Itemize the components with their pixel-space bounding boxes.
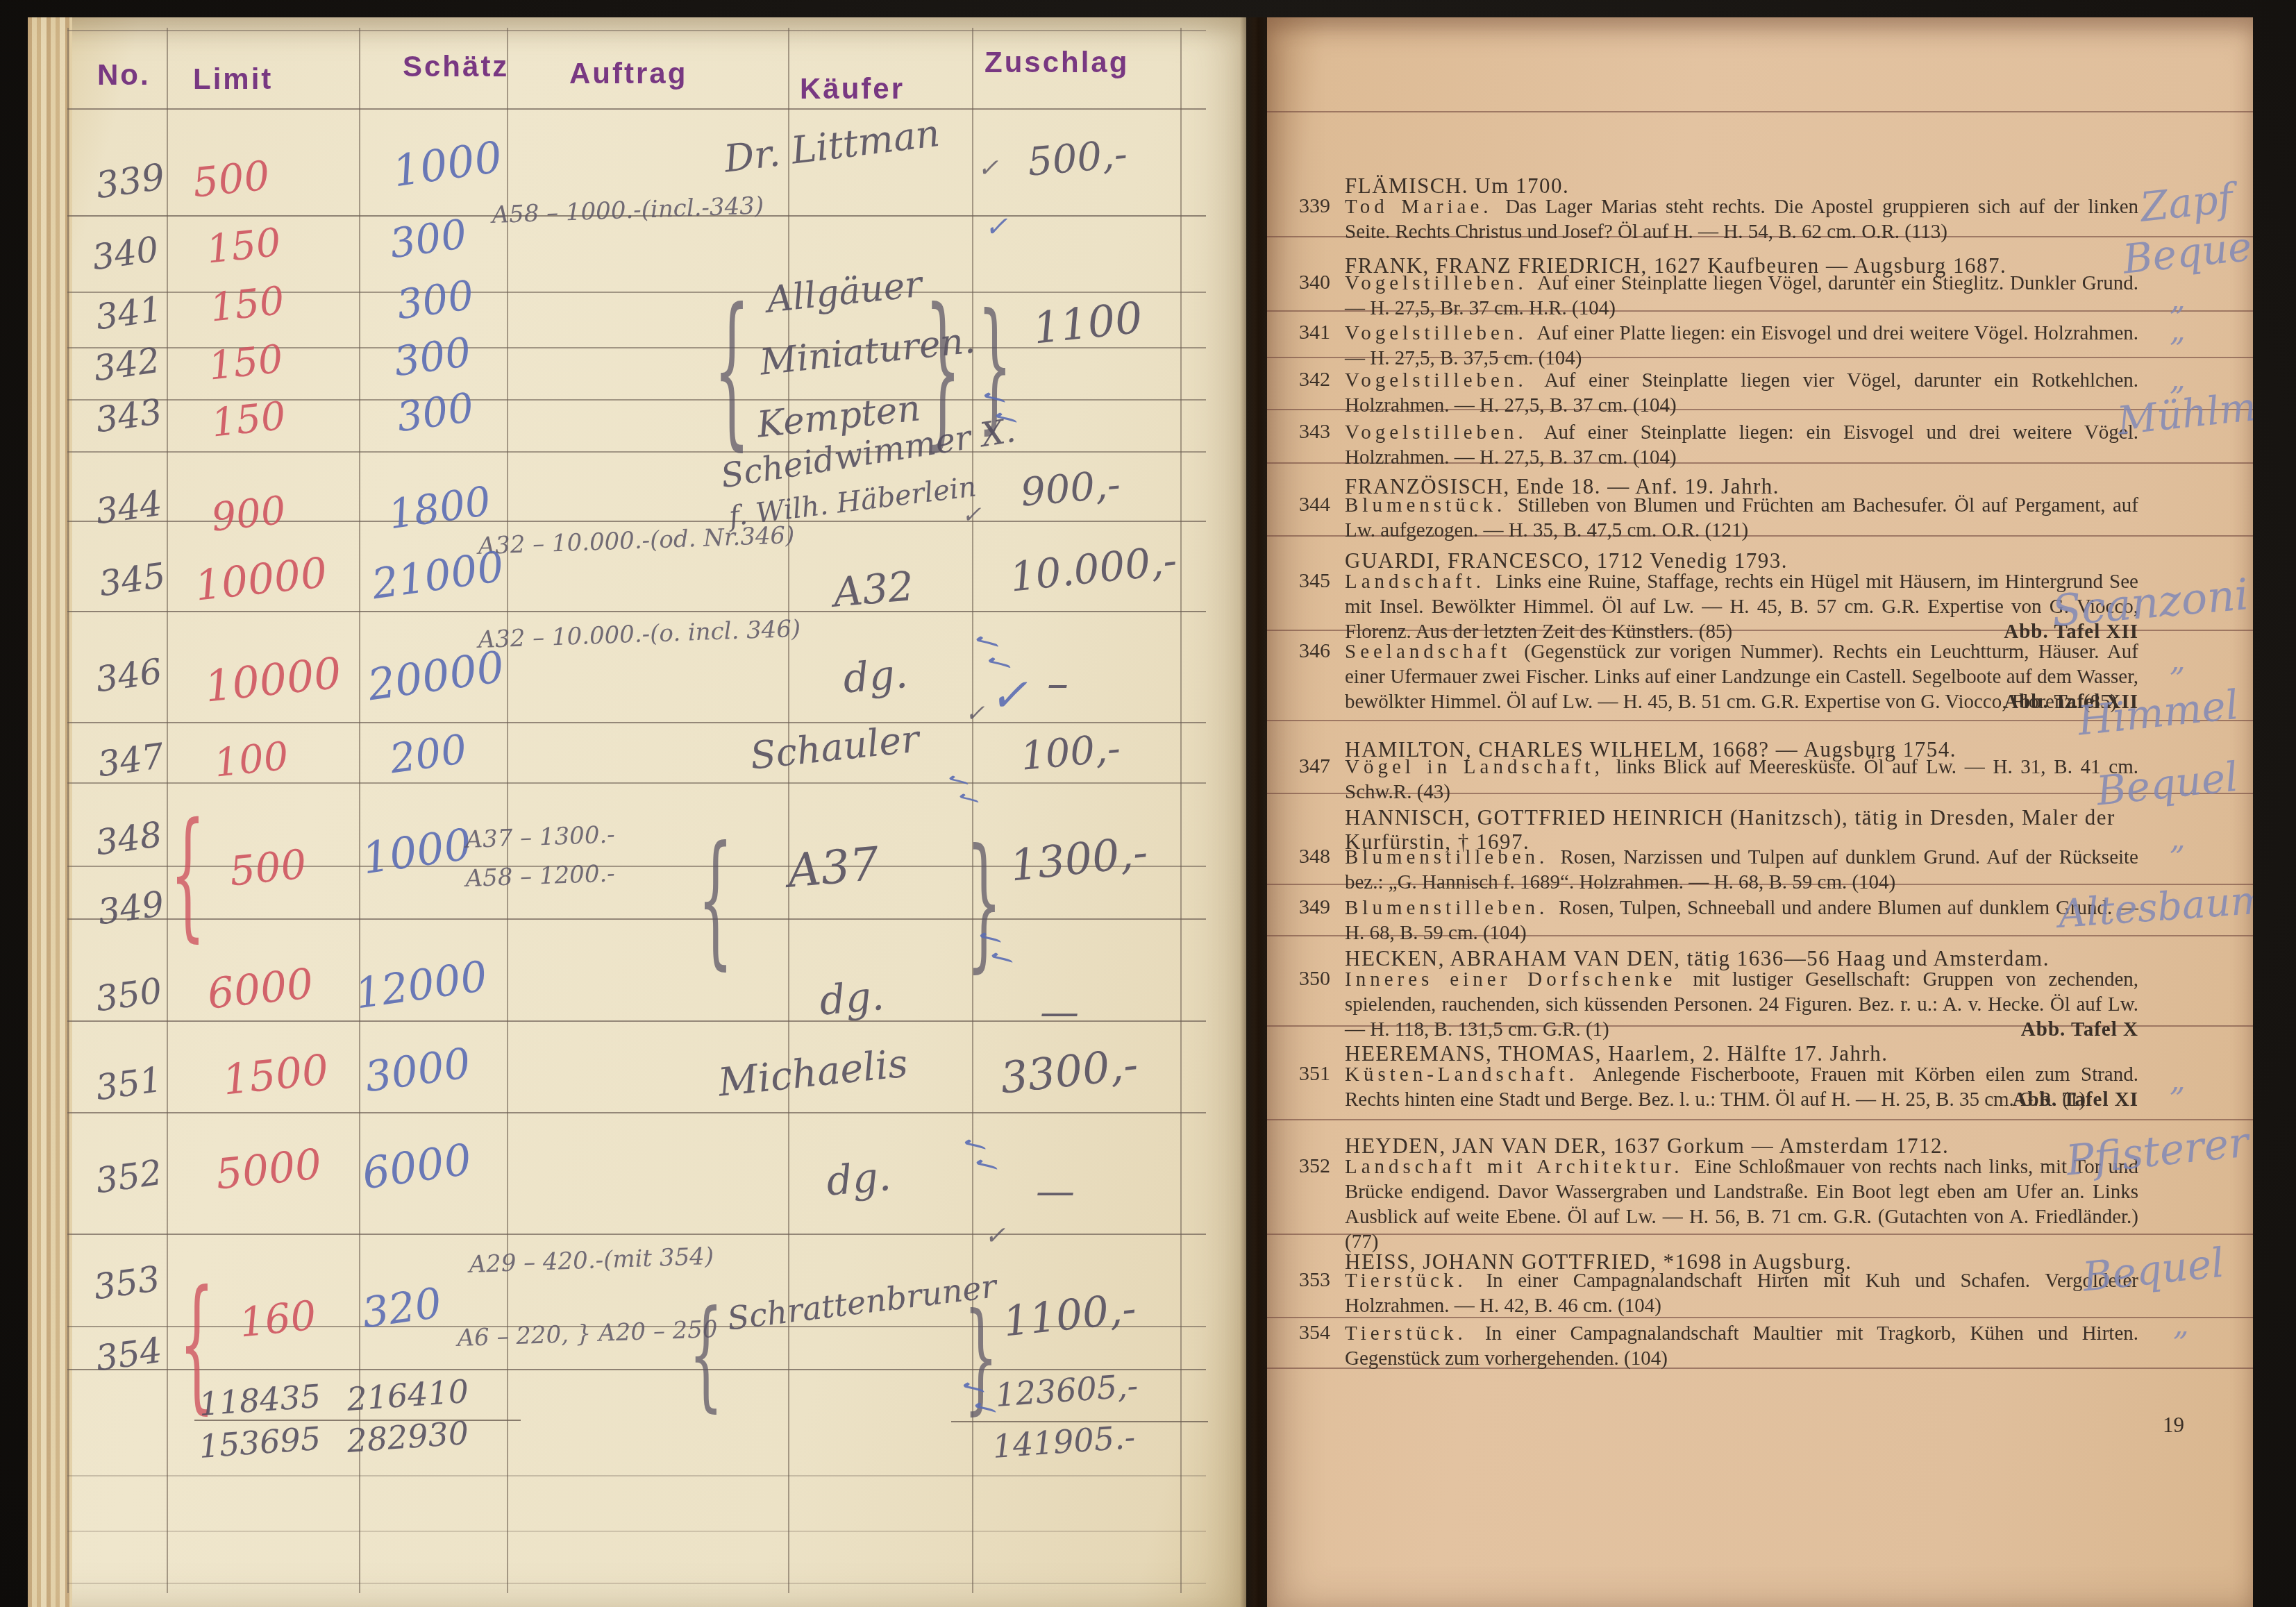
ledger-cell-grp340_brl: { bbox=[714, 289, 750, 455]
ledger-cell-grp353_auf2: A6 – 220, } A20 – 250 bbox=[457, 1318, 718, 1350]
ledger-cell-r339_auftrag: A58 – 1000.-(incl.-343) bbox=[492, 194, 764, 227]
row-line bbox=[67, 918, 1206, 920]
margin-note: Pfisterer bbox=[2064, 1121, 2250, 1181]
lot-title: Vogelstilleben. bbox=[1345, 369, 1544, 392]
ledger-cell-r351_no: 351 bbox=[94, 1062, 164, 1106]
ledger-cell-tot_schaetz_a: 216410 bbox=[346, 1375, 469, 1415]
lot-description: Blumenstück. Stilleben von Blumen und Fr… bbox=[1345, 493, 2138, 543]
ledger-cell-grp353_schaetz: 320 bbox=[360, 1282, 444, 1334]
ledger-cell-r339_schaetz: 1000 bbox=[390, 135, 505, 193]
column-header-kaeufer: Käufer bbox=[800, 74, 905, 103]
column-line bbox=[67, 28, 69, 1593]
ledger-cell-r347_chk: ✓✓ bbox=[940, 764, 982, 813]
lot-title: Inneres einer Dorfschenke bbox=[1345, 968, 1693, 991]
ledger-cell-grp353_zu: 1100,- bbox=[1001, 1288, 1138, 1343]
lot-entry-352: 352Landschaft mit Architektur. Eine Schl… bbox=[1267, 1154, 2138, 1254]
ledger-cell-r339_chk_b: ✓ bbox=[984, 213, 1008, 241]
ledger-cell-r350_schaetz: 12000 bbox=[353, 955, 489, 1015]
ledger-cell-r340_limit: 150 bbox=[205, 224, 283, 270]
lot-number: 350 bbox=[1299, 967, 1330, 991]
column-line bbox=[788, 28, 789, 1593]
ledger-cell-grp348_kbr: { bbox=[698, 828, 733, 973]
lot-number: 353 bbox=[1299, 1268, 1330, 1292]
ledger-cell-r346_schaetz: 20000 bbox=[365, 646, 507, 707]
ledger-cell-grp348_auf1: A37 – 1300.- bbox=[465, 823, 615, 851]
ledger-cell-r350_limit: 6000 bbox=[206, 963, 315, 1016]
lot-number: 340 bbox=[1299, 271, 1330, 294]
ledger-cell-grp353_kaeufer: Schrattenbruner bbox=[726, 1270, 998, 1334]
lot-number: 351 bbox=[1299, 1062, 1330, 1086]
lot-description: Tierstück. In einer Campagnalandschaft H… bbox=[1345, 1268, 2138, 1318]
ledger-cell-r350_no: 350 bbox=[94, 973, 164, 1017]
lot-number: 352 bbox=[1299, 1154, 1330, 1178]
ledger-cell-grp348_schaetz: 1000 bbox=[360, 823, 474, 880]
margin-note: „ bbox=[2170, 824, 2186, 855]
lot-entry-344: 344Blumenstück. Stilleben von Blumen und… bbox=[1267, 493, 2138, 543]
lot-entry-346: 346Seelandschaft (Gegenstück zur vorigen… bbox=[1267, 639, 2138, 714]
lot-title: Blumenstilleben. bbox=[1345, 846, 1560, 868]
ledger-cell-r342_limit: 150 bbox=[207, 340, 285, 387]
row-line bbox=[67, 451, 1206, 453]
ledger-cell-grp353_auf1: A29 – 420.-(mit 354) bbox=[469, 1245, 714, 1277]
ledger-cell-r345_auf: A32 – 10.000.-(od. Nr.346) bbox=[478, 523, 795, 558]
row-line bbox=[67, 1531, 1206, 1532]
ledger-cell-r347_zu: 100,- bbox=[1019, 729, 1122, 776]
lot-description: Vögel in Landschaft, links Blick auf Mee… bbox=[1345, 755, 2138, 805]
margin-note: „ bbox=[2170, 1066, 2186, 1096]
ledger-cell-grp340_zu: 1100 bbox=[1031, 296, 1144, 351]
ledger-cell-r351_kaeufer: Michaelis bbox=[717, 1044, 910, 1102]
lot-description: Vogelstilleben. Auf einer Steinplatte li… bbox=[1345, 368, 2138, 418]
lot-number: 344 bbox=[1299, 493, 1330, 516]
ledger-cell-r347_limit: 100 bbox=[212, 737, 290, 784]
plate-reference: Abb. Tafel XI bbox=[2013, 1087, 2138, 1112]
lot-title: Tierstück. bbox=[1345, 1322, 1485, 1345]
ledger-cell-r340_no: 340 bbox=[90, 232, 160, 276]
lot-description: Blumenstilleben. Rosen, Narzissen und Tu… bbox=[1345, 845, 2138, 895]
lot-title: Blumenstück. bbox=[1345, 494, 1518, 516]
lot-number: 349 bbox=[1299, 895, 1330, 919]
margin-note: „ bbox=[2170, 646, 2186, 676]
lot-number: 339 bbox=[1299, 194, 1330, 218]
lot-title: Tierstück. bbox=[1345, 1270, 1486, 1292]
ledger-cell-r339_kaeufer: Dr. Littman bbox=[722, 115, 941, 178]
ledger-cell-r351_schaetz: 3000 bbox=[362, 1043, 474, 1099]
ledger-cell-r348_no: 348 bbox=[94, 817, 164, 861]
margin-note: Bequel bbox=[2121, 225, 2253, 280]
column-line bbox=[167, 28, 168, 1593]
lot-entry-343: 343Vogelstilleben. Auf einer Steinplatte… bbox=[1267, 420, 2138, 470]
ledger-cell-r352_no: 352 bbox=[94, 1155, 164, 1199]
margin-note: „ bbox=[2170, 364, 2186, 395]
ledger-cell-r343_schaetz: 300 bbox=[394, 387, 476, 438]
ledger-cell-grp348_brace: { bbox=[170, 805, 206, 944]
ledger-cell-tot_schaetz_b: 282930 bbox=[346, 1417, 469, 1457]
ledger-cell-r344_zu: 900,- bbox=[1019, 465, 1122, 512]
ledger-cell-r350_zu: — bbox=[1040, 993, 1079, 1032]
ledger-cell-r347_kaeufer: Schauler bbox=[748, 720, 921, 775]
ledger-cell-r341_limit: 150 bbox=[208, 282, 286, 328]
lot-description: Landschaft mit Architektur. Eine Schloßm… bbox=[1345, 1154, 2138, 1254]
ledger-cell-r346_no: 346 bbox=[94, 654, 164, 698]
entry-rule bbox=[1267, 1119, 2253, 1120]
ledger-cell-grp340_k1: Allgäuer bbox=[765, 267, 923, 319]
lot-description: Tierstück. In einer Campagnalandschaft M… bbox=[1345, 1321, 2138, 1371]
ledger-cell-r340_schaetz: 300 bbox=[387, 214, 469, 264]
ledger-cell-r351_limit: 1500 bbox=[221, 1049, 330, 1102]
lot-entry-350: 350Inneres einer Dorfschenke mit lustige… bbox=[1267, 967, 2138, 1042]
ledger-cell-r343_no: 343 bbox=[94, 394, 164, 438]
ledger-left-page: No.LimitSchätzAuftragKäuferZuschlag33950… bbox=[28, 17, 1246, 1607]
catalog-right-page: FLÄMISCH. Um 1700.339Tod Mariae. Das Lag… bbox=[1267, 17, 2253, 1607]
lot-description: Vogelstilleben. Auf einer Steinplatte li… bbox=[1345, 420, 2138, 470]
lot-entry-345: 345Landschaft. Links eine Ruine, Staffag… bbox=[1267, 569, 2138, 644]
ledger-cell-r346_kaeufer: dg. bbox=[841, 653, 909, 699]
ledger-cell-grp348_auf2: A58 – 1200.- bbox=[465, 861, 615, 890]
lot-title: Seelandschaft bbox=[1345, 641, 1524, 663]
ledger-cell-r353_no: 353 bbox=[92, 1261, 162, 1305]
ledger-cell-r347_schaetz: 200 bbox=[387, 729, 469, 780]
row-line bbox=[67, 722, 1206, 723]
lot-description: Blumenstilleben. Rosen, Tulpen, Schneeba… bbox=[1345, 895, 2138, 945]
ledger-cell-r347_no: 347 bbox=[96, 739, 166, 782]
ledger-cell-r352_kaeufer: dg. bbox=[825, 1156, 892, 1202]
column-header-no: No. bbox=[97, 60, 151, 90]
column-line bbox=[507, 28, 508, 1593]
lot-entry-341: 341Vogelstilleben. Auf einer Platte lieg… bbox=[1267, 321, 2138, 371]
ledger-cell-r346_zu: – bbox=[1047, 662, 1069, 705]
plate-reference: Abb. Tafel X bbox=[2021, 1017, 2138, 1042]
ledger-cell-r344_schaetz: 1800 bbox=[386, 480, 493, 535]
lot-title: Vögel in Landschaft, bbox=[1345, 756, 1616, 778]
ledger-cell-r345_schaetz: 21000 bbox=[369, 546, 506, 605]
row-line bbox=[67, 30, 1206, 31]
row-line bbox=[67, 1583, 1206, 1584]
ledger-cell-r342_no: 342 bbox=[92, 343, 162, 387]
row-line bbox=[67, 1020, 1206, 1022]
ledger-cell-r341_no: 341 bbox=[94, 292, 164, 335]
lot-description: Vogelstilleben. Auf einer Platte liegen:… bbox=[1345, 321, 2138, 371]
row-line bbox=[67, 1369, 1206, 1370]
ledger-cell-tot_limit_a: 118435 bbox=[198, 1380, 321, 1420]
lot-title: Blumenstilleben. bbox=[1345, 897, 1559, 919]
column-header-zuschlag: Zuschlag bbox=[984, 48, 1129, 77]
lot-number: 341 bbox=[1299, 321, 1330, 344]
ledger-cell-r351_chk: ✓✓ bbox=[955, 1127, 1002, 1181]
ledger-cell-r346_chk_b: ✓ bbox=[989, 673, 1028, 718]
lot-entry-347: 347Vögel in Landschaft, links Blick auf … bbox=[1267, 755, 2138, 805]
column-line bbox=[1180, 28, 1182, 1593]
ledger-cell-r349_no: 349 bbox=[96, 886, 166, 930]
column-header-auftrag: Auftrag bbox=[569, 59, 687, 88]
lot-description: Inneres einer Dorfschenke mit lustiger G… bbox=[1345, 967, 2138, 1042]
lot-entry-340: 340Vogelstilleben. Auf einer Steinplatte… bbox=[1267, 271, 2138, 321]
ledger-cell-r346_chk_a: ✓ bbox=[965, 702, 985, 725]
ledger-cell-r352_chk: ✓ bbox=[984, 1224, 1005, 1249]
lot-entry-351: 351Küsten-Landschaft. Anlegende Fischerb… bbox=[1267, 1062, 2138, 1112]
ledger-cell-r354_no: 354 bbox=[94, 1333, 164, 1377]
lot-number: 354 bbox=[1299, 1321, 1330, 1345]
ledger-cell-r352_zu: — bbox=[1036, 1172, 1075, 1211]
margin-note: „ bbox=[2170, 285, 2186, 315]
lot-title: Landschaft. bbox=[1345, 571, 1495, 593]
lot-number: 345 bbox=[1299, 569, 1330, 593]
ledger-cell-r344_limit: 900 bbox=[210, 491, 287, 538]
ledger-cell-r341_schaetz: 300 bbox=[394, 275, 476, 326]
lot-entry-354: 354Tierstück. In einer Campagnalandschaf… bbox=[1267, 1321, 2138, 1371]
ledger-cell-grp353_kbr: { bbox=[689, 1296, 723, 1415]
lot-number: 343 bbox=[1299, 420, 1330, 444]
lot-title: Küsten-Landschaft. bbox=[1345, 1063, 1593, 1086]
row-line bbox=[67, 1234, 1206, 1235]
ledger-cell-r352_schaetz: 6000 bbox=[360, 1138, 474, 1195]
lot-number: 348 bbox=[1299, 845, 1330, 868]
row-line bbox=[67, 1475, 1206, 1476]
lot-description: Küsten-Landschaft. Anlegende Fischerboot… bbox=[1345, 1062, 2138, 1112]
ledger-cell-r345_limit: 10000 bbox=[193, 552, 329, 607]
ledger-cell-r352_limit: 5000 bbox=[214, 1143, 324, 1196]
entry-rule bbox=[1267, 111, 2253, 112]
ledger-cell-r346_limit: 10000 bbox=[203, 651, 344, 708]
ledger-cell-r345_no: 345 bbox=[97, 558, 167, 602]
ledger-cell-r350_kaeufer: dg. bbox=[818, 975, 885, 1021]
page-number: 19 bbox=[2163, 1413, 2184, 1438]
lot-entry-348: 348Blumenstilleben. Rosen, Narzissen und… bbox=[1267, 845, 2138, 895]
ledger-cell-r346_auf: A32 – 10.000.-(o. incl. 346) bbox=[478, 617, 801, 652]
ledger-cell-r339_chk_a: ✓ bbox=[978, 156, 998, 181]
column-header-schaetz: Schätz bbox=[403, 52, 509, 81]
ledger-cell-grp353_limit: 160 bbox=[237, 1295, 318, 1343]
column-header-limit: Limit bbox=[193, 65, 273, 94]
ledger-cell-r344_chk: ✓ bbox=[962, 503, 982, 527]
ledger-cell-r339_zu: 500,- bbox=[1026, 135, 1129, 182]
lot-description: Seelandschaft (Gegenstück zur vorigen Nu… bbox=[1345, 639, 2138, 714]
ledger-cell-r345_zu: 10.000,- bbox=[1008, 540, 1179, 598]
lot-number: 346 bbox=[1299, 639, 1330, 663]
lot-title: Tod Mariae. bbox=[1345, 196, 1505, 218]
margin-note: „ bbox=[2170, 316, 2186, 346]
lot-title: Landschaft mit Architektur. bbox=[1345, 1156, 1695, 1178]
ledger-cell-r344_no: 344 bbox=[94, 486, 164, 530]
ledger-cell-tot_zu_a: 123605,- bbox=[994, 1370, 1139, 1411]
lot-entry-342: 342Vogelstilleben. Auf einer Steinplatte… bbox=[1267, 368, 2138, 418]
ledger-cell-grp348_limit: 500 bbox=[228, 843, 308, 891]
ledger-cell-r342_schaetz: 300 bbox=[392, 332, 474, 382]
lot-description: Vogelstilleben. Auf einer Steinplatte li… bbox=[1345, 271, 2138, 321]
ledger-cell-grp348_zu: 1300,- bbox=[1008, 830, 1150, 887]
lot-description: Landschaft. Links eine Ruine, Staffage, … bbox=[1345, 569, 2138, 644]
lot-entry-339: 339Tod Mariae. Das Lager Marias steht re… bbox=[1267, 194, 2138, 244]
lot-number: 342 bbox=[1299, 368, 1330, 392]
lot-title: Vogelstilleben. bbox=[1345, 322, 1537, 344]
ledger-cell-tot_zu_b: 141905.- bbox=[991, 1421, 1136, 1463]
ledger-cell-grp348_kaeufer: A37 bbox=[786, 841, 881, 895]
ledger-cell-r351_zu: 3300,- bbox=[998, 1043, 1140, 1100]
margin-note: „ bbox=[2173, 1310, 2189, 1340]
ledger-cell-r339_no: 339 bbox=[94, 159, 167, 204]
book-photo: No.LimitSchätzAuftragKäuferZuschlag33950… bbox=[0, 0, 2296, 1607]
ledger-cell-tot_limit_b: 153695 bbox=[198, 1422, 321, 1463]
row-line bbox=[67, 611, 1206, 612]
margin-note: Zapf bbox=[2138, 178, 2235, 228]
column-line bbox=[359, 28, 360, 1593]
ledger-cell-r345_kaeufer: A32 bbox=[832, 566, 915, 613]
lot-number: 347 bbox=[1299, 755, 1330, 778]
lot-entry-349: 349Blumenstilleben. Rosen, Tulpen, Schne… bbox=[1267, 895, 2138, 945]
row-line bbox=[67, 108, 1206, 110]
row-line bbox=[67, 1112, 1206, 1113]
lot-title: Vogelstilleben. bbox=[1345, 421, 1544, 444]
lot-entry-353: 353Tierstück. In einer Campagnalandschaf… bbox=[1267, 1268, 2138, 1318]
ledger-cell-r343_limit: 150 bbox=[210, 397, 287, 444]
ledger-cell-r339_limit: 500 bbox=[191, 155, 271, 203]
lot-title: Vogelstilleben. bbox=[1345, 272, 1537, 294]
lot-description: Tod Mariae. Das Lager Marias steht recht… bbox=[1345, 194, 2138, 244]
